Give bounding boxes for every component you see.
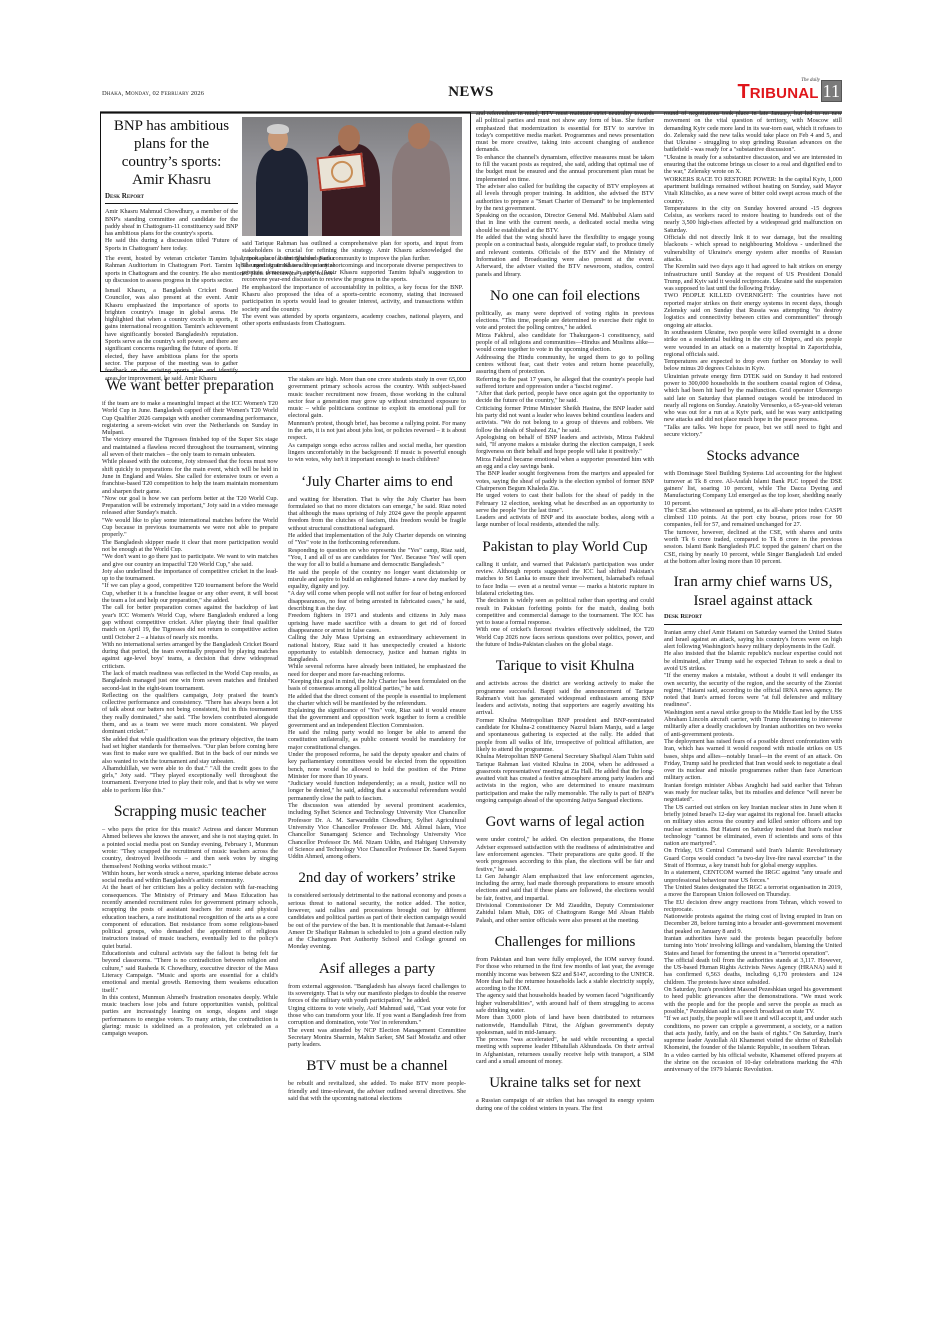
paragraph: Iranian foreign minister Abbas Araghchi …	[664, 782, 842, 804]
lead-story-col2: said Tarique Rahman has outlined a compr…	[242, 240, 463, 328]
paragraph: Mirza Fakhrul, also candidate for Thakur…	[476, 332, 654, 354]
column-4: round of negotiations took place in late…	[664, 110, 842, 1306]
paragraph: – who pays the price for this music? Act…	[102, 826, 278, 870]
paragraph: if the team are to make a meaningful imp…	[102, 400, 278, 436]
paragraph: The US carried out strikes on key Irania…	[664, 804, 842, 848]
paragraph: Responding to question on who represents…	[288, 547, 466, 569]
paragraph: Speaking on the occasion, Director Gener…	[476, 212, 654, 234]
paragraph: Calling the July Mass Uprising an extrao…	[288, 634, 466, 663]
paragraph: He added that implementation of the July…	[288, 532, 466, 547]
paragraph: The BNP leader sought forgiveness from t…	[476, 470, 654, 492]
paragraph: were under control," he added. On electi…	[476, 836, 654, 872]
headline-legal-action: Govt warns of legal action	[476, 812, 654, 832]
paragraph: from Pakistan and Iran were fully employ…	[476, 956, 654, 992]
paragraph: "Ukraine is ready for a substantive disc…	[664, 154, 842, 176]
paragraph: be rebuilt and revitalized, she added. T…	[288, 1080, 466, 1102]
column-3: and referendum in mind, BTV must maintai…	[476, 110, 654, 1306]
paragraph: Lt Gen Jahangir Alam emphasized that law…	[476, 873, 654, 902]
paragraph: Nationwide protests against the rising c…	[664, 913, 842, 935]
paragraph: The adviser also called for building the…	[476, 183, 654, 212]
paragraph: Joty also underlined the importance of c…	[102, 568, 278, 583]
paragraph: Freedom fighters in 1971 and students an…	[288, 612, 466, 634]
headline-workers-strike: 2nd day of workers’ strike	[288, 868, 466, 888]
paragraph: Iranian authorities have said the protes…	[664, 935, 842, 957]
paragraph: The lack of match readiness was reflecte…	[102, 670, 278, 692]
paragraph: WORKERS RACE TO RESTORE POWER: In the ca…	[664, 176, 842, 205]
headline-pakistan-world-cup: Pakistan to play World Cup	[476, 537, 654, 557]
headline-btv-channel: BTV must be a channel	[288, 1056, 466, 1076]
paragraph: Explaining the significance of "Yes" vot…	[288, 707, 466, 729]
masthead: Dhaka, Monday, 02 February 2026 NEWS The…	[100, 80, 842, 108]
paragraph: The agency said that households headed b…	[476, 992, 654, 1014]
paragraph: Divisional Commissioner Dr Md Ziauddin, …	[476, 902, 654, 924]
paragraph: With no international series arranged by…	[102, 641, 278, 670]
paragraph: from external aggression. "Bangladesh ha…	[288, 983, 466, 1005]
paragraph: As campaign songs echo across rallies an…	[288, 442, 466, 464]
iran-byline: Desk Report	[664, 613, 842, 624]
paragraph: Leaders and activists of BNP and its ass…	[476, 514, 654, 529]
paragraph: Ukrainian private energy firm DTEK said …	[664, 373, 842, 424]
column-1: We want better preparation if the team a…	[102, 376, 278, 1306]
paragraph: and activists across the district are wo…	[476, 680, 654, 716]
paragraph: Iranian army chief Amir Hatami on Saturd…	[664, 629, 842, 651]
paragraph: "A day will come when people will not su…	[288, 590, 466, 612]
paragraph: with Dominage Steel Building Systems Ltd…	[664, 470, 842, 506]
tribunal-logo: The daily T RIBUNAL 11	[738, 80, 842, 102]
paragraph: The official death toll from the authori…	[664, 957, 842, 986]
lead-headline: BNP has ambitious plans for the country’…	[105, 117, 238, 189]
paragraph: To enhance the channel's dynamism, effec…	[476, 154, 654, 183]
paragraph: The process "was accelerated", he said w…	[476, 1036, 654, 1065]
paragraph: "Now our goal is how we can perform bett…	[102, 495, 278, 517]
paragraph: Officials did not directly link it to wa…	[664, 234, 842, 263]
paragraph: The EU decision drew angry reactions fro…	[664, 899, 842, 914]
paragraph: The event was attended by sports organiz…	[242, 313, 463, 328]
paragraph: He said the people of the country no lon…	[288, 569, 466, 591]
newspaper-page: Dhaka, Monday, 02 February 2026 NEWS The…	[100, 80, 842, 114]
paragraph: While pleased with the outcome, Joty str…	[102, 458, 278, 494]
paragraph: "We don't want to go there just to parti…	[102, 553, 278, 568]
paragraph: Temperatures are expected to drop even f…	[664, 358, 842, 373]
lead-byline: Desk Report	[105, 193, 238, 204]
section-title: NEWS	[100, 84, 842, 101]
paragraph: He added that the wing should have the f…	[476, 234, 654, 278]
paragraph: "If we can play a good, competitive T20 …	[102, 582, 278, 604]
paragraph: Referring to the past 17 years, he alleg…	[476, 376, 654, 391]
paragraph: Criticising former Prime Minister Sheikh…	[476, 405, 654, 434]
paragraph: More than 3,000 plots of land have been …	[476, 1014, 654, 1036]
paragraph: a Russian campaign of air strikes that h…	[476, 1097, 654, 1112]
paragraph: The discussion was attended by several p…	[288, 802, 466, 860]
paragraph: calling it unfair, and warned that Pakis…	[476, 561, 654, 597]
paragraph: "If the enemy makes a mistake, without a…	[664, 672, 842, 708]
paragraph: politically, as many were deprived of vo…	[476, 310, 654, 332]
paragraph: He said the ruling party would no longer…	[288, 729, 466, 751]
paragraph: "Keeping this goal in mind, the July Cha…	[288, 678, 466, 693]
paragraph: In a statement, CENTCOM warned the IRGC …	[664, 869, 842, 884]
logo-tagline: The daily	[801, 78, 820, 83]
headline-asif-alleges: Asif alleges a party	[288, 959, 466, 979]
paragraph: round of negotiations took place in late…	[664, 110, 842, 154]
paragraph: and referendum in mind, BTV must maintai…	[476, 110, 654, 154]
paragraph: The CSE also witnessed an uptrend, as it…	[664, 507, 842, 529]
paragraph: Amir Khasru Mahmud Chowdhury, a member o…	[105, 208, 238, 237]
paragraph: TWO PEOPLE KILLED OVERNIGHT: The countri…	[664, 292, 842, 328]
paragraph: She added that while qualification was t…	[102, 736, 278, 765]
lead-story-box: BNP has ambitious plans for the country’…	[100, 112, 471, 372]
paragraph: The victory ensured the Tigresses finish…	[102, 436, 278, 458]
paragraph: In southeastern Ukraine, two people were…	[664, 329, 842, 358]
paragraph: Alhamdulillah, we were able to do that."…	[102, 765, 278, 794]
paragraph: On Saturday, Iran's president Masoud Pez…	[664, 986, 842, 1015]
logo-name: RIBUNAL	[750, 85, 819, 102]
paragraph: Former Khulna Metropolitan BNP president…	[476, 717, 654, 753]
paragraph: He urged voters to cast their ballots fo…	[476, 492, 654, 514]
paragraph: is considered seriously detrimental to t…	[288, 892, 466, 950]
paragraph: Khulna Metropolitan BNP General Secretar…	[476, 753, 654, 804]
paragraph: On Friday, US Central Command said Iran'…	[664, 847, 842, 869]
paragraph: "We would like to play some internationa…	[102, 517, 278, 539]
headline-challenges-millions: Challenges for millions	[476, 932, 654, 952]
paragraph: The Bangladesh skipper made it clear tha…	[102, 539, 278, 554]
page-number: 11	[821, 80, 842, 102]
paragraph: Under the proposed reforms, he said the …	[288, 751, 466, 780]
paragraph: The meeting aimed to address any shortco…	[242, 262, 463, 284]
paragraph: Mirza Fakhrul became emotional when a su…	[476, 456, 654, 471]
paragraph: "Talks are talks. We hope for peace, but…	[664, 424, 842, 439]
lead-photo	[242, 117, 462, 236]
paragraph: said Tarique Rahman has outlined a compr…	[242, 240, 463, 262]
paragraph: The stakes are high. More than one crore…	[288, 376, 466, 420]
paragraph: In this context, Munmun Ahmed's frustrat…	[102, 994, 278, 1038]
headline-ukraine-talks: Ukraine talks set for next	[476, 1073, 654, 1093]
headline-stocks-advance: Stocks advance	[664, 446, 842, 466]
paragraph: Apologising on behalf of BNP leaders and…	[476, 434, 654, 456]
paragraph: The deployment has raised fears of a pos…	[664, 738, 842, 782]
logo-initial: T	[738, 82, 750, 102]
paragraph: Washington sent a naval strike group to …	[664, 709, 842, 738]
headline-july-charter: ‘July Charter aims to end	[288, 472, 466, 492]
paragraph: At the heart of her criticism lies a pol…	[102, 884, 278, 950]
paragraph: The turnover, however, declined at the C…	[664, 529, 842, 565]
paragraph: The call for better preparation comes ag…	[102, 604, 278, 640]
paragraph: The United States designated the IRGC a …	[664, 884, 842, 899]
paragraph: He said this during a discussion titled …	[105, 237, 238, 252]
paragraph: Reflecting on the qualifiers campaign, J…	[102, 692, 278, 736]
paragraph: With one of cricket's fiercest rivalries…	[476, 626, 654, 648]
lead-story-col1: BNP has ambitious plans for the country’…	[105, 117, 238, 284]
paragraph: Temperatures in the city on Sunday hover…	[664, 205, 842, 234]
paragraph: Within hours, her words struck a nerve, …	[102, 870, 278, 885]
paragraph: While several reforms have already been …	[288, 663, 466, 678]
lead-story-col1b: Ismail Khasru, a Bangladesh Cricket Boar…	[105, 287, 238, 382]
headline-better-preparation: We want better preparation	[102, 376, 278, 396]
paragraph: He emphasized the importance of accounta…	[242, 284, 463, 313]
paragraph: He added that the direct consent of the …	[288, 693, 466, 708]
paragraph: The event was attended by NCP Election M…	[288, 1027, 466, 1049]
paragraph: He also insisted that the Islamic republ…	[664, 650, 842, 672]
paragraph: Urging citizens to vote wisely, Asif Mah…	[288, 1005, 466, 1027]
paragraph: and waiting for liberation. That is why …	[288, 496, 466, 532]
paragraph: In a video carried by his official websi…	[664, 1052, 842, 1074]
headline-tarique-khulna: Tarique to visit Khulna	[476, 656, 654, 676]
paragraph: "Judiciary would function independently;…	[288, 780, 466, 802]
paragraph: Ismail Khasru, a Bangladesh Cricket Boar…	[105, 287, 238, 382]
paragraph: Educationists and cultural activists say…	[102, 950, 278, 994]
paragraph: Munmun's protest, though brief, has beco…	[288, 420, 466, 442]
column-2: The stakes are high. More than one crore…	[288, 376, 466, 1306]
award-plaque	[316, 153, 365, 192]
headline-iran-army: Iran army chief warns US, Israel against…	[664, 573, 842, 611]
headline-scrapping-music-teacher: Scrapping music teacher	[102, 802, 278, 822]
paragraph: "If we act justly, the people will see i…	[664, 1015, 842, 1051]
paragraph: Addressing the Hindu community, he urged…	[476, 354, 654, 376]
paragraph: The Kremlin said two days ago it had agr…	[664, 263, 842, 292]
paragraph: The decision is widely seen as political…	[476, 597, 654, 626]
paragraph: "After that dark period, people have onc…	[476, 390, 654, 405]
headline-foil-elections: No one can foil elections	[476, 286, 654, 306]
